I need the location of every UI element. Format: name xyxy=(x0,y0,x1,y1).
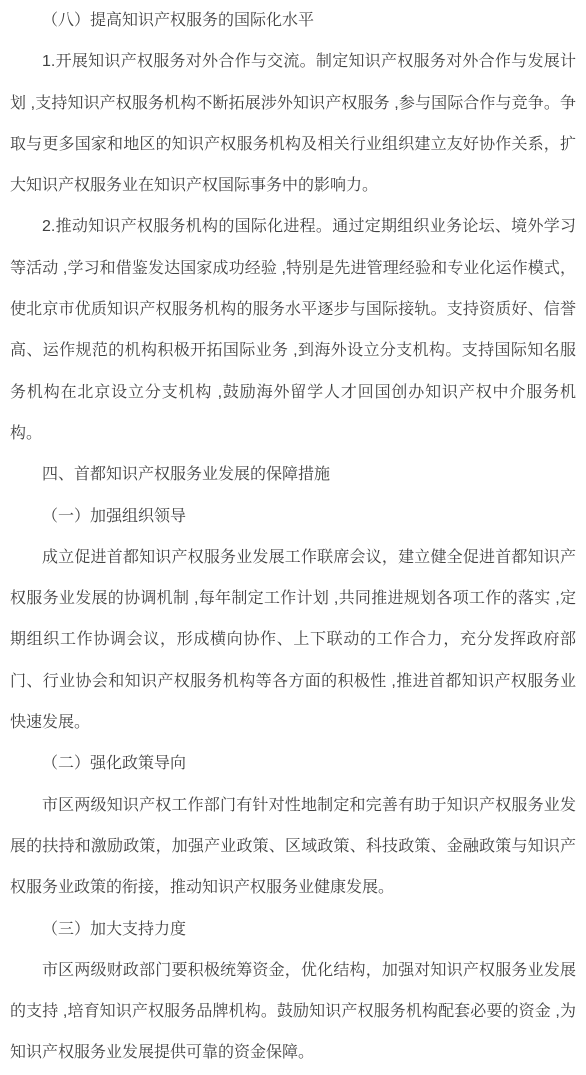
heading-item-2-policy-guidance: （二）强化政策导向 xyxy=(10,743,576,784)
para-internationalization-process: 2.推动知识产权服务机构的国际化进程。通过定期组织业务论坛、境外学习等活动 ,学… xyxy=(10,206,576,454)
para-policy-guidance: 市区两级知识产权工作部门有针对性地制定和完善有助于知识产权服务业发展的扶持和激励… xyxy=(10,785,576,909)
para-foreign-cooperation: 1.开展知识产权服务对外合作与交流。制定知识产权服务对外合作与发展计划 ,支持知… xyxy=(10,41,576,206)
document-body: （八）提高知识产权服务的国际化水平 1.开展知识产权服务对外合作与交流。制定知识… xyxy=(0,0,586,1074)
heading-item-1-organizational-leadership: （一）加强组织领导 xyxy=(10,496,576,537)
para-organizational-leadership: 成立促进首都知识产权服务业发展工作联席会议，建立健全促进首都知识产权服务业发展的… xyxy=(10,537,576,743)
heading-section-4-safeguard-measures: 四、首都知识产权服务业发展的保障措施 xyxy=(10,454,576,495)
heading-item-8: （八）提高知识产权服务的国际化水平 xyxy=(10,0,576,41)
para-funding-support: 市区两级财政部门要积极统筹资金，优化结构，加强对知识产权服务业发展的支持 ,培育… xyxy=(10,950,576,1074)
heading-item-3-support-strength: （三）加大支持力度 xyxy=(10,909,576,950)
